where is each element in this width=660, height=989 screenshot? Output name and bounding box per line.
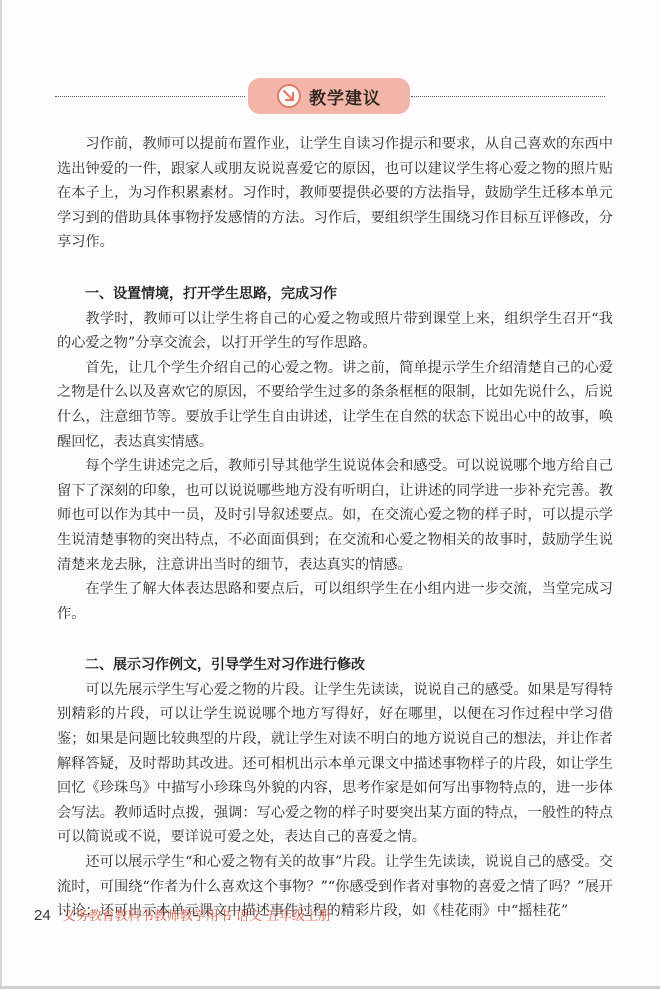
paragraph: 在学生了解大体表达思路和要点后，可以组织学生在小组内进一步交流，当堂完成习作。 xyxy=(57,577,613,626)
book-title: 义务教育教科书教师教学用书 语文 五年级上册 xyxy=(63,905,331,924)
section-title: 教学建议 xyxy=(309,84,381,109)
section-header: 教学建议 xyxy=(55,78,605,116)
arrow-down-right-circle-icon xyxy=(277,84,301,108)
section-title-badge: 教学建议 xyxy=(248,78,410,114)
intro-paragraph: 习作前，教师可以提前布置作业，让学生自读习作提示和要求，从自己喜欢的东西中选出钟… xyxy=(57,132,613,255)
dotted-divider-left xyxy=(55,96,245,97)
page-number: 24 xyxy=(34,907,51,924)
paragraph: 每个学生讲述完之后，教师引导其他学生说说体会和感受。可以说说哪个地方给自己留下了… xyxy=(57,454,613,577)
page-body: 习作前，教师可以提前布置作业，让学生自读习作提示和要求，从自己喜欢的东西中选出钟… xyxy=(57,132,613,924)
page-footer: 24 义务教育教科书教师教学用书 语文 五年级上册 xyxy=(34,905,331,924)
dotted-divider-right xyxy=(411,96,605,97)
paragraph: 教学时，教师可以让学生将自己的心爱之物或照片带到课堂上来，组织学生召开“我的心爱… xyxy=(57,307,613,356)
section-heading-1: 一、设置情境，打开学生思路，完成习作 xyxy=(57,282,613,307)
page-left-edge xyxy=(0,0,2,989)
section-heading-2: 二、展示习作例文，引导学生对习作进行修改 xyxy=(57,653,613,678)
paragraph: 首先，让几个学生介绍自己的心爱之物。讲之前，简单提示学生介绍清楚自己的心爱之物是… xyxy=(57,356,613,454)
paragraph: 可以先展示学生写心爱之物的片段。让学生先读读，说说自己的感受。如果是写得特别精彩… xyxy=(57,678,613,850)
